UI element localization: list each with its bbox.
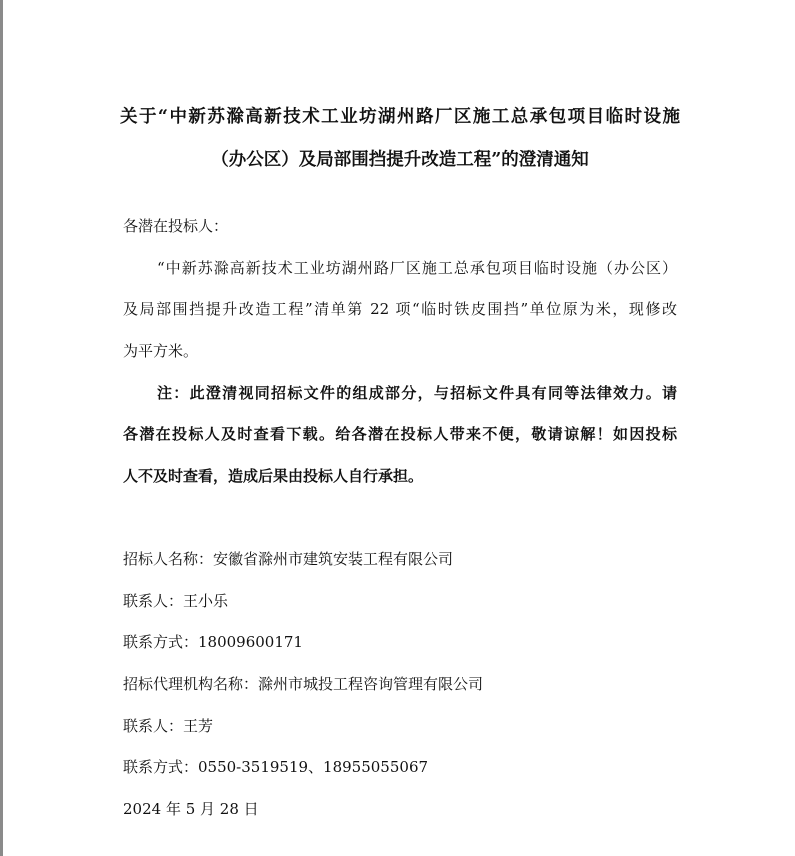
salutation: 各潜在投标人： bbox=[123, 216, 677, 236]
document-page: 关于“中新苏滁高新技术工业坊湖州路厂区施工总承包项目临时设施 （办公区）及局部围… bbox=[0, 0, 795, 856]
body-line-1: “中新苏滁高新技术工业坊湖州路厂区施工总承包项目临时设施（办公区） bbox=[157, 258, 677, 278]
note-line-1: 注：此澄清视同招标文件的组成部分，与招标文件具有同等法律效力。请 bbox=[157, 383, 677, 403]
note-line-2: 各潜在投标人及时查看下载。给各潜在投标人带来不便，敬请谅解！如因投标 bbox=[123, 424, 677, 444]
tenderer-contact: 联系人：王小乐 bbox=[123, 591, 677, 611]
tenderer-name: 招标人名称：安徽省滁州市建筑安装工程有限公司 bbox=[123, 549, 677, 569]
notice-date: 2024 年 5 月 28 日 bbox=[123, 799, 677, 819]
body-line-2: 及局部围挡提升改造工程”清单第 22 项“临时铁皮围挡”单位原为米，现修改 bbox=[123, 299, 677, 319]
agency-contact: 联系人：王芳 bbox=[123, 716, 677, 736]
title-line-1: 关于“中新苏滁高新技术工业坊湖州路厂区施工总承包项目临时设施 bbox=[120, 103, 680, 128]
agency-name: 招标代理机构名称：滁州市城投工程咨询管理有限公司 bbox=[123, 674, 677, 694]
tenderer-phone: 联系方式：18009600171 bbox=[123, 632, 677, 652]
title-line-2: （办公区）及局部围挡提升改造工程”的澄清通知 bbox=[110, 146, 690, 171]
agency-phone: 联系方式：0550-3519519、18955055067 bbox=[123, 757, 677, 777]
body-line-3: 为平方米。 bbox=[123, 341, 677, 361]
note-line-3: 人不及时查看，造成后果由投标人自行承担。 bbox=[123, 466, 677, 486]
